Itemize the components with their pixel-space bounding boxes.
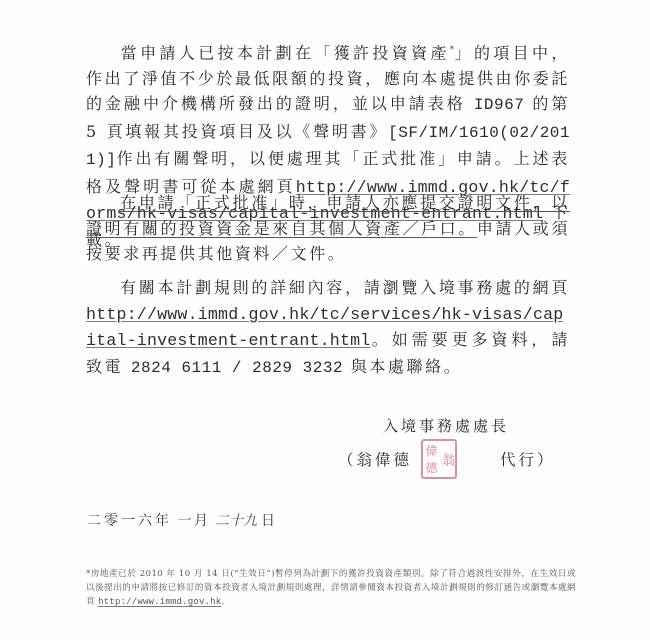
seal-stamp-icon: 偉 翁 德	[421, 439, 457, 479]
paragraph3-text-a: 有關本計劃規則的詳細內容，請瀏覽入境事務處的網頁	[120, 278, 570, 297]
date-month-handwritten: 一	[172, 513, 194, 529]
phone-number-2: 2829 3232	[252, 359, 343, 377]
footnote-link[interactable]: http://www.immd.gov.hk	[98, 597, 221, 607]
document-date: 二零一六年一月二十九日	[87, 510, 278, 530]
signatory-acting: 代行）	[500, 448, 556, 470]
signatory-title: 入境事務處處長	[383, 415, 509, 436]
date-month-label: 月	[194, 513, 211, 529]
paragraph-supporting-documents: 在申請「正式批准」時，申請人亦應提交證明文件，以證明有關的投資資金是來自其個人資…	[86, 190, 570, 267]
seal-char-1: 偉	[424, 442, 439, 459]
footnote-text-end: .	[221, 597, 224, 607]
date-day-handwritten: 二十九	[211, 513, 261, 529]
footnote: *房地產已於 2010 年 10 月 14 日(“生效日”)暫停列為計劃下的獲許…	[86, 567, 576, 609]
paragraph3-text-c: 與本處聯絡。	[343, 357, 462, 376]
date-day-label: 日	[261, 513, 278, 529]
signatory-name: （翁偉德	[338, 448, 412, 470]
seal-char-2: 德	[424, 459, 439, 476]
paragraph-scheme-rules: 有關本計劃規則的詳細內容，請瀏覽入境事務處的網頁http://www.immd.…	[86, 275, 570, 381]
seal-char-3: 翁	[439, 442, 454, 476]
form-code: ID967	[474, 96, 525, 114]
date-year: 二零一六年	[87, 513, 172, 529]
phone-number-1: 2824 6111	[131, 359, 222, 377]
paragraph1-text-a: 當申請人已按本計劃在「獲許投資資產	[120, 43, 450, 62]
document-page: 當申請人已按本計劃在「獲許投資資產*」的項目中，作出了淨值不少於最低限額的投資，…	[0, 0, 650, 640]
phone-separator: /	[222, 359, 252, 377]
